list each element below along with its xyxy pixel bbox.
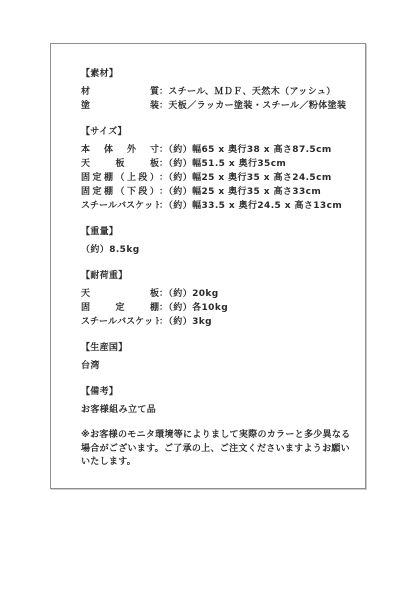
spec-row: 固定棚：（約）各10kg — [81, 301, 351, 315]
country-value: 台湾 — [81, 359, 351, 373]
spec-row-label: 天板 — [81, 287, 159, 301]
remarks-value: お客様組み立て品 — [81, 403, 351, 417]
spec-row-label: 固定棚（下段） — [81, 185, 159, 199]
section-size: 【サイズ】 本体外寸：（約）幅65 x 奥行38 x 高さ87.5cm 天板板：… — [81, 125, 351, 213]
weight-value: （約）8.5kg — [81, 243, 351, 257]
section-heading: 【耐荷重】 — [81, 269, 351, 283]
section-heading: 【備考】 — [81, 385, 351, 399]
spec-row: スチールバスケット：（約）3kg — [81, 315, 351, 329]
spec-row-label: 天板板 — [81, 157, 159, 171]
spec-row: 固定棚（上段）：（約）幅25 x 奥行35 x 高さ24.5cm — [81, 171, 351, 185]
spec-row: 天板板：（約）幅51.5 x 奥行35cm — [81, 157, 351, 171]
spec-row-label: スチールバスケット — [81, 315, 159, 329]
spec-row-value: ：（約）幅33.5 x 奥行24.5 x 高さ13cm — [159, 201, 342, 211]
spec-row-label: スチールバスケット — [81, 199, 159, 213]
spec-row-label: 固定棚（上段） — [81, 171, 159, 185]
spec-row-value: ：（約）各10kg — [159, 303, 228, 313]
section-heading: 【サイズ】 — [81, 125, 351, 139]
section-heading: 【重量】 — [81, 225, 351, 239]
spec-row: スチールバスケット：（約）幅33.5 x 奥行24.5 x 高さ13cm — [81, 199, 351, 213]
section-country: 【生産国】 台湾 — [81, 341, 351, 373]
spec-row-value: ：（約）幅25 x 奥行35 x 高さ24.5cm — [159, 173, 332, 183]
section-material: 【素材】 材質：スチール、ＭＤＦ、天然木（アッシュ） 塗装：天板／ラッカー塗装・… — [81, 67, 351, 113]
spec-row-value: ：（約）3kg — [159, 317, 212, 327]
spec-document-page: 【素材】 材質：スチール、ＭＤＦ、天然木（アッシュ） 塗装：天板／ラッカー塗装・… — [0, 0, 416, 594]
spec-row-label: 固定棚 — [81, 301, 159, 315]
spec-row-value: ：（約）幅51.5 x 奥行35cm — [159, 159, 286, 169]
disclaimer-note: ※お客様のモニタ環境等によりまして実際のカラーと多少異なる場合がございます。ご了… — [81, 429, 351, 470]
spec-row-value: ：（約）20kg — [159, 289, 219, 299]
spec-frame: 【素材】 材質：スチール、ＭＤＦ、天然木（アッシュ） 塗装：天板／ラッカー塗装・… — [50, 43, 366, 489]
section-heading: 【生産国】 — [81, 341, 351, 355]
section-remarks: 【備考】 お客様組み立て品 — [81, 385, 351, 417]
spec-row: 天板：（約）20kg — [81, 287, 351, 301]
section-heading: 【素材】 — [81, 67, 351, 81]
spec-row-value: ：スチール、ＭＤＦ、天然木（アッシュ） — [159, 87, 336, 97]
spec-row-label: 本体外寸 — [81, 143, 159, 157]
spec-row: 本体外寸：（約）幅65 x 奥行38 x 高さ87.5cm — [81, 143, 351, 157]
spec-row: 塗装：天板／ラッカー塗装・スチール／粉体塗装 — [81, 99, 351, 113]
spec-row-value: ：天板／ラッカー塗装・スチール／粉体塗装 — [159, 101, 346, 111]
spec-row-value: ：（約）幅65 x 奥行38 x 高さ87.5cm — [159, 145, 332, 155]
spec-row-value: ：（約）幅25 x 奥行35 x 高さ33cm — [159, 187, 321, 197]
spec-row-label: 材質 — [81, 85, 159, 99]
spec-row: 材質：スチール、ＭＤＦ、天然木（アッシュ） — [81, 85, 351, 99]
section-weight: 【重量】 （約）8.5kg — [81, 225, 351, 257]
spec-row-label: 塗装 — [81, 99, 159, 113]
section-load-capacity: 【耐荷重】 天板：（約）20kg 固定棚：（約）各10kg スチールバスケット：… — [81, 269, 351, 329]
spec-row: 固定棚（下段）：（約）幅25 x 奥行35 x 高さ33cm — [81, 185, 351, 199]
